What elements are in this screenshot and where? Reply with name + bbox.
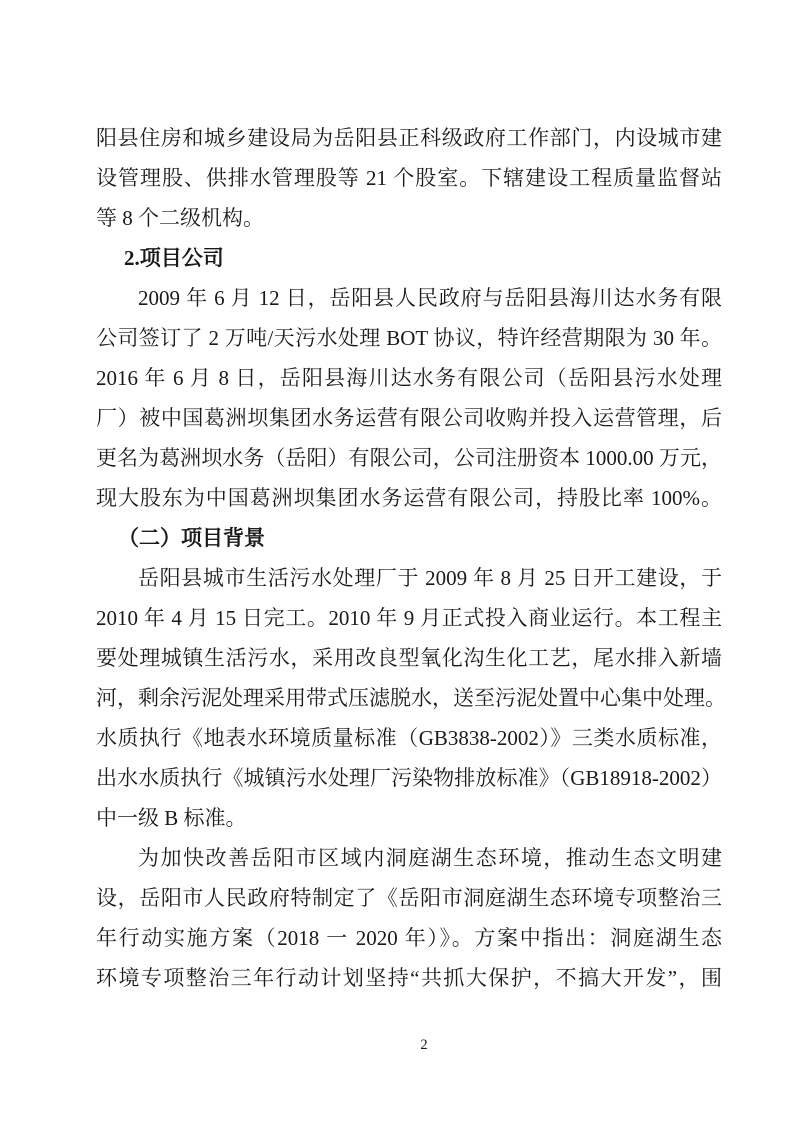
document-page: 阳县住房和城乡建设局为岳阳县正科级政府工作部门，内设城市建 设管理股、供排水管理… xyxy=(0,0,793,1122)
body-line: 设管理股、供排水管理股等 21 个股室。下辖建设工程质量监督站 xyxy=(96,158,722,198)
heading-project-company: 2.项目公司 xyxy=(96,238,722,278)
body-line-paragraph-start: 岳阳县城市生活污水处理厂于 2009 年 8 月 25 日开工建设，于 xyxy=(96,558,722,598)
heading-project-background: （二）项目背景 xyxy=(96,518,722,558)
body-line: 要处理城镇生活污水，采用改良型氧化沟生化工艺，尾水排入新墙 xyxy=(96,638,722,678)
body-line: 出水水质执行《城镇污水处理厂污染物排放标准》（GB18918-2002） xyxy=(96,758,722,798)
page-footer: 2 xyxy=(96,1034,722,1056)
body-line-continued: 阳县住房和城乡建设局为岳阳县正科级政府工作部门，内设城市建 xyxy=(96,118,722,158)
body-line-page-end: 环境专项整治三年行动计划坚持“共抓大保护，不搞大开发”，围 xyxy=(96,958,722,998)
body-line: 公司签订了 2 万吨/天污水处理 BOT 协议，特许经营期限为 30 年。 xyxy=(96,318,722,358)
body-line: 厂）被中国葛洲坝集团水务运营有限公司收购并投入运营管理，后 xyxy=(96,398,722,438)
body-line: 河，剩余污泥处理采用带式压滤脱水，送至污泥处置中心集中处理。 xyxy=(96,678,722,718)
page-number: 2 xyxy=(420,1037,427,1053)
body-line-paragraph-start: 为加快改善岳阳市区域内洞庭湖生态环境，推动生态文明建 xyxy=(96,838,722,878)
body-line-paragraph-end: 现大股东为中国葛洲坝集团水务运营有限公司，持股比率 100%。 xyxy=(96,478,722,518)
body-line: 设，岳阳市人民政府特制定了《岳阳市洞庭湖生态环境专项整治三 xyxy=(96,878,722,918)
body-line: 2016 年 6 月 8 日，岳阳县海川达水务有限公司（岳阳县污水处理 xyxy=(96,358,722,398)
body-line: 2010 年 4 月 15 日完工。2010 年 9 月正式投入商业运行。本工程… xyxy=(96,598,722,638)
body-line-paragraph-end: 等 8 个二级机构。 xyxy=(96,198,722,238)
document-body: 阳县住房和城乡建设局为岳阳县正科级政府工作部门，内设城市建 设管理股、供排水管理… xyxy=(96,118,722,998)
body-line-paragraph-start: 2009 年 6 月 12 日，岳阳县人民政府与岳阳县海川达水务有限 xyxy=(96,278,722,318)
body-line: 水质执行《地表水环境质量标准（GB3838-2002）》三类水质标准， xyxy=(96,718,722,758)
body-line-paragraph-end: 中一级 B 标准。 xyxy=(96,798,722,838)
body-line: 年行动实施方案（2018 一 2020 年）》。方案中指出：洞庭湖生态 xyxy=(96,918,722,958)
body-line: 更名为葛洲坝水务（岳阳）有限公司，公司注册资本 1000.00 万元， xyxy=(96,438,722,478)
